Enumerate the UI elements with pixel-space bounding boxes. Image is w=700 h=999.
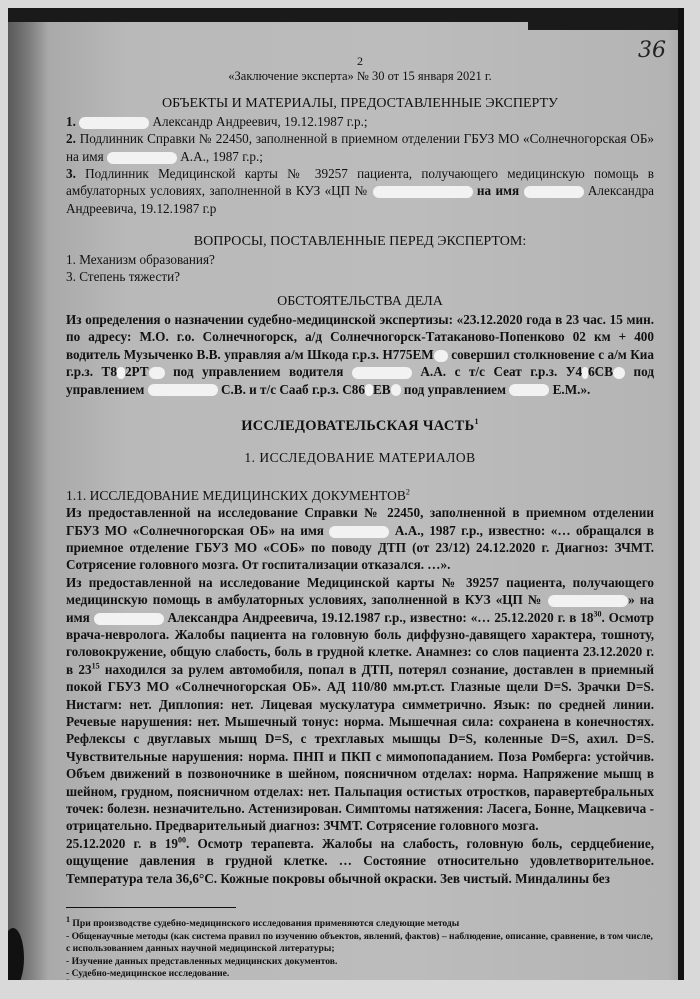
footnote: - Судебно-медицинское исследование. [66, 968, 654, 980]
questions-title: ВОПРОСЫ, ПОСТАВЛЕННЫЕ ПЕРЕД ЭКСПЕРТОМ: [66, 233, 654, 250]
therapist-paragraph: 25.12.2020 г. в 1900. Осмотр терапевта. … [66, 835, 654, 887]
redaction [107, 152, 177, 164]
redaction [373, 186, 473, 198]
redaction [509, 384, 549, 396]
redaction [434, 350, 448, 362]
medical-docs-title: 1.1. ИССЛЕДОВАНИЕ МЕДИЦИНСКИХ ДОКУМЕНТОВ… [66, 487, 654, 504]
redaction [613, 367, 625, 379]
footnote: 1 При производстве судебно-медицинского … [66, 918, 654, 931]
redaction [329, 526, 389, 538]
circumstances-text: Из определения о назначении судебно-меди… [66, 311, 654, 398]
scanned-page: 36 2 «Заключение эксперта» № 30 от 15 ян… [8, 8, 684, 980]
scan-border-right [678, 8, 684, 980]
redaction [548, 595, 628, 607]
redaction [365, 384, 373, 396]
circumstances-title: ОБСТОЯТЕЛЬСТВА ДЕЛА [66, 293, 654, 310]
scan-shadow [8, 8, 48, 980]
certificate-paragraph: Из предоставленной на исследование Справ… [66, 504, 654, 574]
objects-title: ОБЪЕКТЫ И МАТЕРИАЛЫ, ПРЕДОСТАВЛЕННЫЕ ЭКС… [66, 95, 654, 112]
document-header: «Заключение эксперта» № 30 от 15 января … [66, 68, 654, 85]
object-item-2: 2. Подлинник Справки № 22450, заполненно… [66, 130, 654, 165]
medical-card-paragraph: Из предоставленной на исследование Медиц… [66, 574, 654, 835]
page-number: 2 [66, 54, 654, 68]
footnote: - Изучение данных представленных медицин… [66, 956, 654, 969]
question-item: 1. Механизм образования? [66, 251, 654, 268]
redaction [352, 367, 412, 379]
scan-border-top-right [528, 8, 684, 30]
object-item-1: 1. Александр Андреевич, 19.12.1987 г.р.; [66, 113, 654, 130]
redaction [148, 384, 218, 396]
research-part-title: ИССЛЕДОВАТЕЛЬСКАЯ ЧАСТЬ1 [66, 418, 654, 435]
footnotes: 1 При производстве судебно-медицинского … [66, 918, 654, 980]
redaction [149, 367, 165, 379]
redaction [94, 613, 164, 625]
footnote: - Общенаучные методы (как система правил… [66, 931, 654, 956]
question-item: 3. Степень тяжести? [66, 268, 654, 285]
redaction [117, 367, 125, 379]
footnote-divider [66, 907, 236, 908]
materials-study-title: 1. ИССЛЕДОВАНИЕ МАТЕРИАЛОВ [66, 449, 654, 466]
object-item-3: 3. Подлинник Медицинской карты № 39257 п… [66, 165, 654, 217]
redaction [391, 384, 401, 396]
redaction [524, 186, 584, 198]
redaction [79, 117, 149, 129]
document-body: 2 «Заключение эксперта» № 30 от 15 январ… [66, 54, 654, 980]
